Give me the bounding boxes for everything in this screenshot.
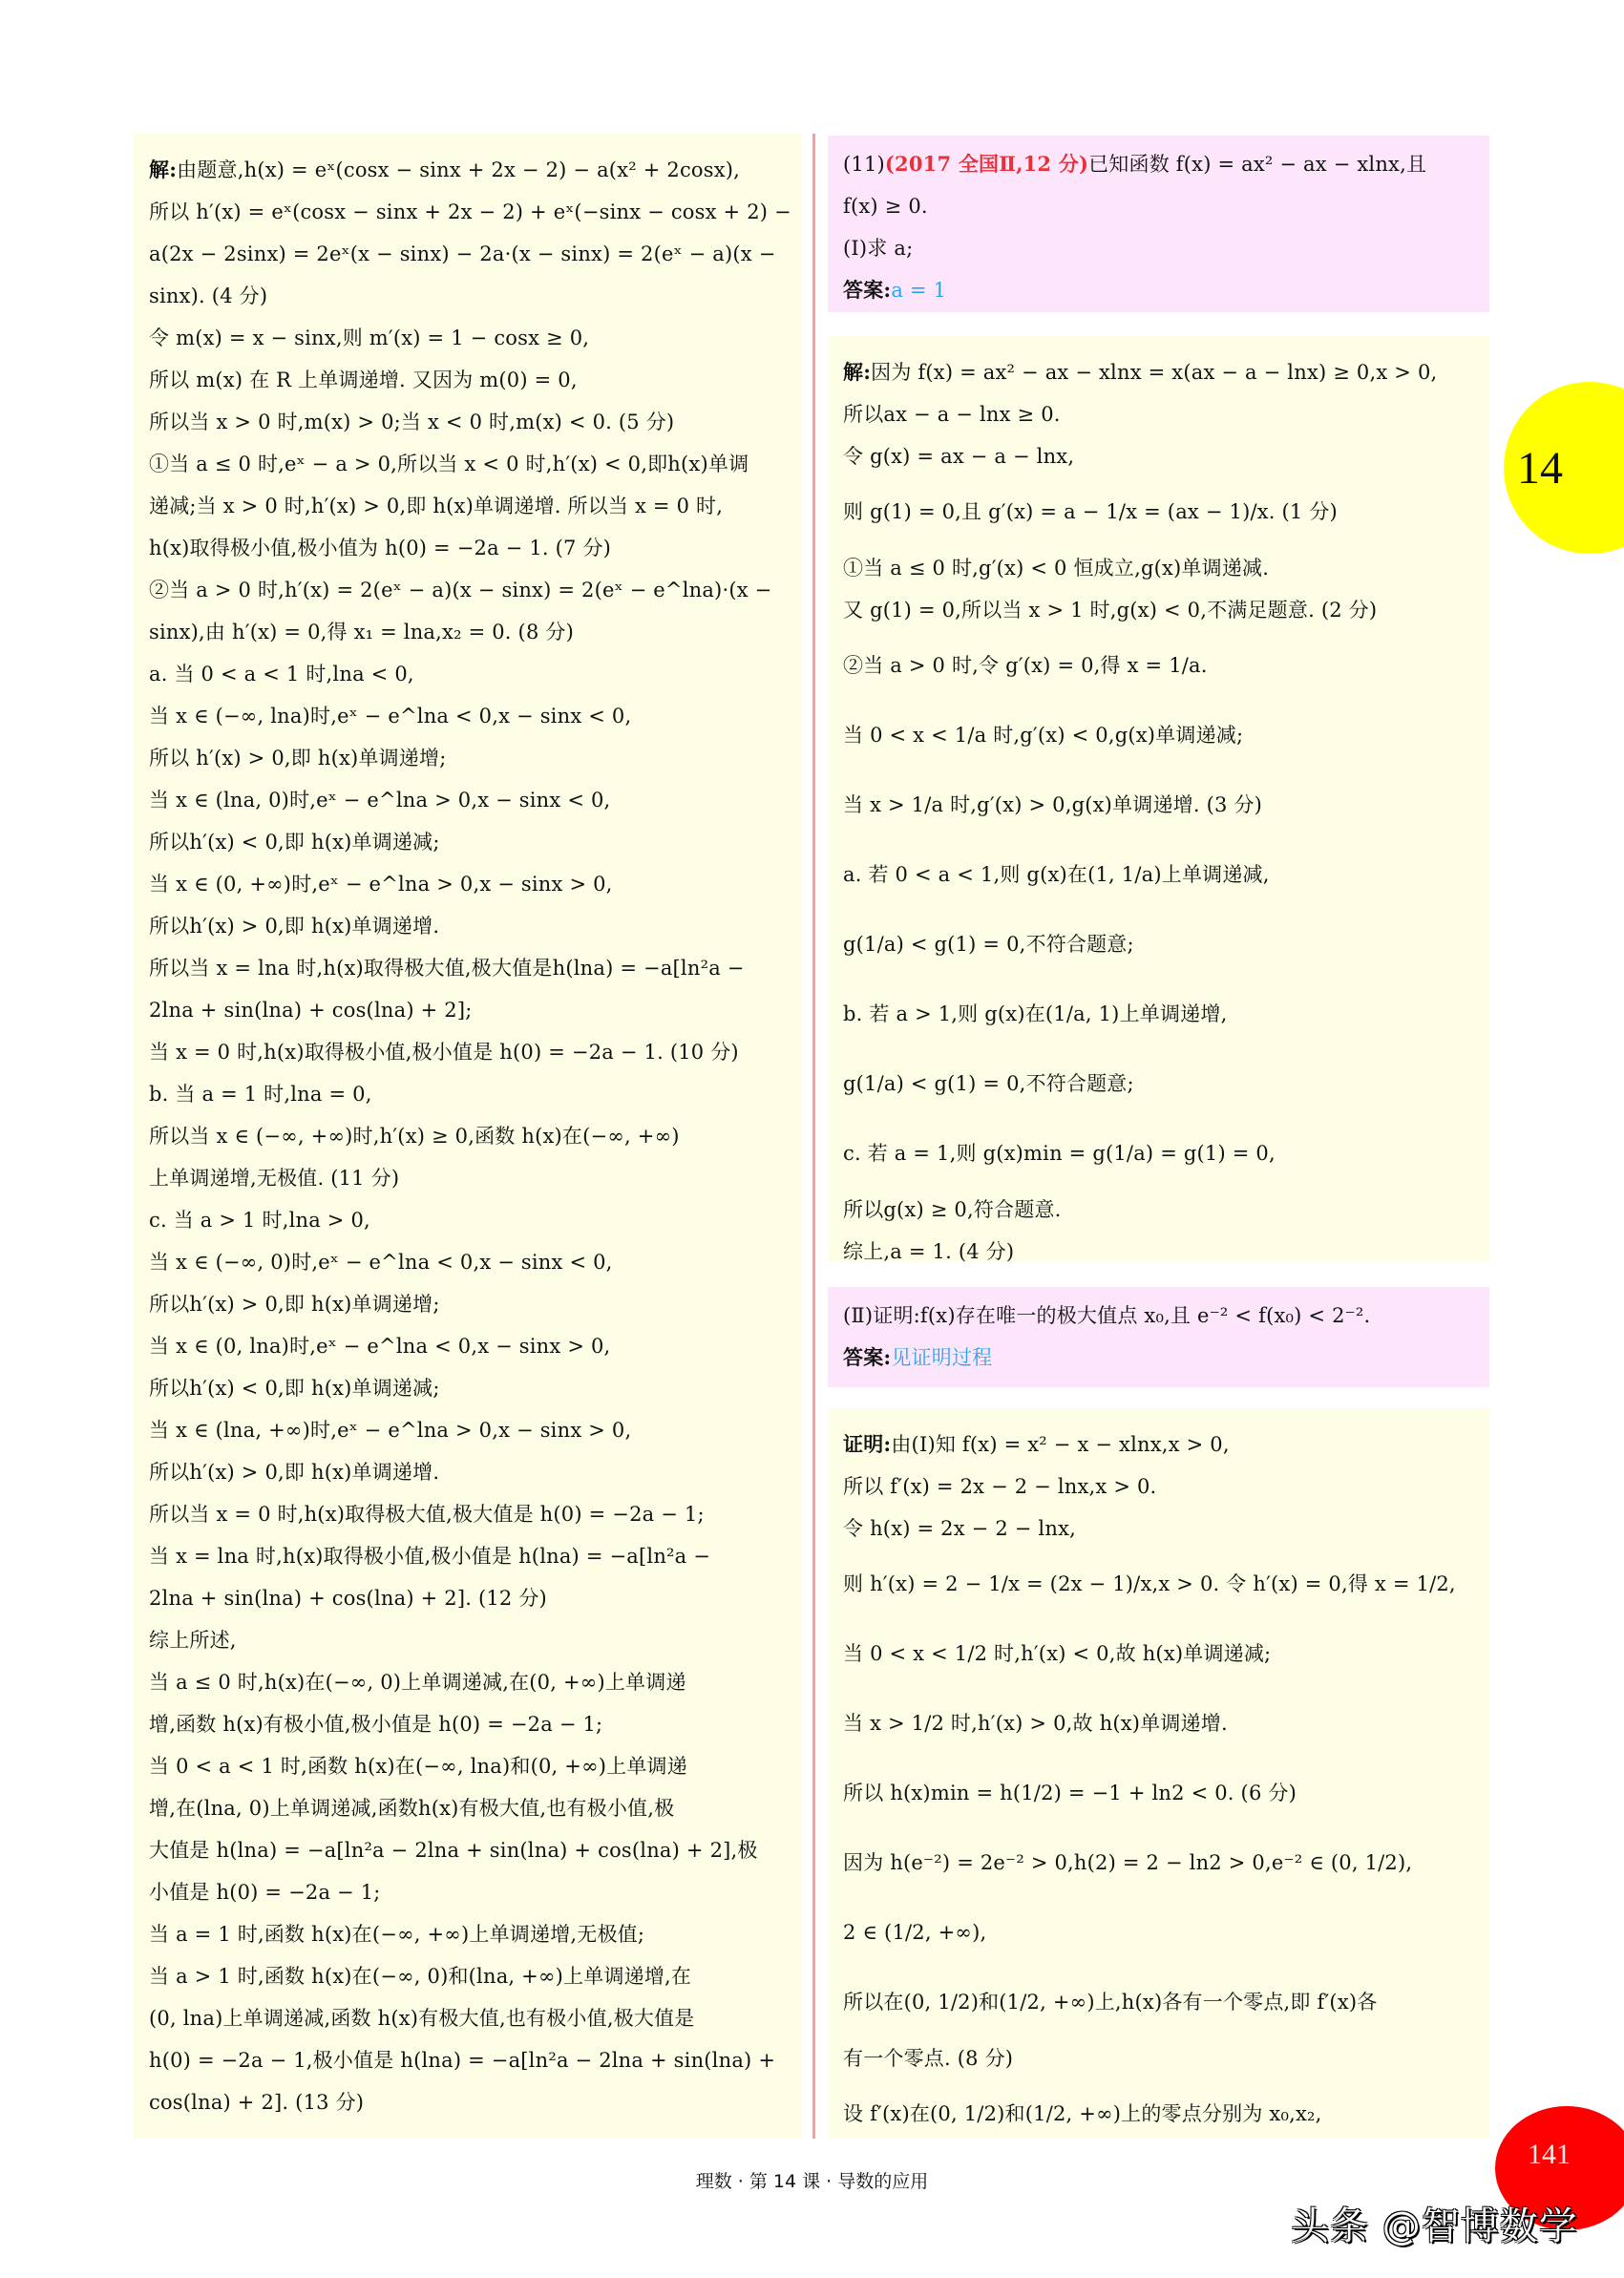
text-line: 所以 h′(x) > 0,即 h(x)单调递增; [149,737,787,779]
part2-solution-panel: 证明:由(Ⅰ)知 f(x) = x² − x − xlnx,x > 0,所以 f… [828,1408,1489,2139]
text-line: h(0) = −2a − 1,极小值是 h(lna) = −a[ln²a − 2… [149,2039,787,2081]
text-line: 所以当 x > 0 时,m(x) > 0;当 x < 0 时,m(x) < 0.… [149,401,787,443]
text-line: 所以g(x) ≥ 0,符合题意. [843,1189,1474,1231]
text-line: 综上所述, [149,1619,787,1661]
text-line: 则 g(1) = 0,且 g′(x) = a − 1/x = (ax − 1)/… [843,477,1474,547]
text-line: c. 当 a > 1 时,lna > 0, [149,1199,787,1241]
solution-label: 证明: [843,1432,891,1456]
text-line: 所以 f′(x) = 2x − 2 − lnx,x > 0. [843,1466,1474,1508]
solution-text: 因为 f(x) = ax² − ax − xlnx = x(ax − a − l… [871,361,1437,384]
part2-solution-lines: 证明:由(Ⅰ)知 f(x) = x² − x − xlnx,x > 0,所以 f… [843,1424,1474,2149]
text-line: 大值是 h(lna) = −a[ln²a − 2lna + sin(lna) +… [149,1829,787,1871]
text-line: 当 x ∈ (lna, +∞)时,eˣ − e^lna > 0,x − sinx… [149,1409,787,1451]
text-line: g(1/a) < g(1) = 0,不符合题意; [843,910,1474,980]
part1-solution-lines: 解:因为 f(x) = ax² − ax − xlnx = x(ax − a −… [843,351,1474,1273]
text-line: ②当 a > 0 时,令 g′(x) = 0,得 x = 1/a. [843,631,1474,701]
question-11-answer: 答案:a = 1 [843,269,1474,311]
text-line: 所以当 x = 0 时,h(x)取得极大值,极大值是 h(0) = −2a − … [149,1493,787,1535]
text-line: g(1/a) < g(1) = 0,不符合题意; [843,1049,1474,1119]
page-number: 141 [1528,2139,1571,2171]
text-line: 递减;当 x > 0 时,h′(x) > 0,即 h(x)单调递增. 所以当 x… [149,485,787,527]
text-line: 综上,a = 1. (4 分) [843,1231,1474,1273]
text-line: 上单调递增,无极值. (11 分) [149,1157,787,1199]
text-line: 解:因为 f(x) = ax² − ax − xlnx = x(ax − a −… [843,351,1474,393]
text-line: 2lna + sin(lna) + cos(lna) + 2]; [149,989,787,1031]
solution-text: 由(Ⅰ)知 f(x) = x² − x − xlnx,x > 0, [891,1433,1229,1456]
question-11-stem-line: (11)(2017 全国Ⅱ,12 分)已知函数 f(x) = ax² − ax … [843,143,1474,185]
text-line: 有一个零点. (8 分) [843,2037,1474,2079]
answer-value: 见证明过程 [891,1346,992,1369]
solution-text: 由题意,h(x) = eˣ(cosx − sinx + 2x − 2) − a(… [177,158,740,181]
text-line: sinx). (4 分) [149,275,787,317]
part2-stem: (Ⅱ)证明:f(x)存在唯一的极大值点 x₀,且 e⁻² < f(x₀) < 2… [843,1295,1474,1337]
text-line: 所以当 x ∈ (−∞, +∞)时,h′(x) ≥ 0,函数 h(x)在(−∞,… [149,1115,787,1157]
text-line: 当 0 < a < 1 时,函数 h(x)在(−∞, lna)和(0, +∞)上… [149,1745,787,1787]
text-line: 所以 h(x)min = h(1/2) = −1 + ln2 < 0. (6 分… [843,1759,1474,1828]
column-divider [812,134,815,2139]
answer-label: 答案: [843,1345,891,1369]
chapter-badge: 14 [1504,382,1624,554]
text-line: 当 x ∈ (0, lna)时,eˣ − e^lna < 0,x − sinx … [149,1325,787,1367]
text-line: 又 g(1) = 0,所以当 x > 1 时,g(x) < 0,不满足题意. (… [843,589,1474,631]
text-line: 所以ax − a − lnx ≥ 0. [843,393,1474,435]
text-line: 当 a ≤ 0 时,h(x)在(−∞, 0)上单调递减,在(0, +∞)上单调递 [149,1661,787,1703]
text-line: c. 若 a = 1,则 g(x)min = g(1/a) = g(1) = 0… [843,1119,1474,1189]
watermark: 头条 @智博数学 [1291,2196,1578,2250]
text-line: 当 x ∈ (0, +∞)时,eˣ − e^lna > 0,x − sinx >… [149,863,787,905]
text-line: 所以在(0, 1/2)和(1/2, +∞)上,h(x)各有一个零点,即 f′(x… [843,1968,1474,2037]
text-line: sinx),由 h′(x) = 0,得 x₁ = lna,x₂ = 0. (8 … [149,611,787,653]
text-line: 当 x = lna 时,h(x)取得极小值,极小值是 h(lna) = −a[l… [149,1535,787,1577]
text-line: h(x)取得极小值,极小值为 h(0) = −2a − 1. (7 分) [149,527,787,569]
text-line: cos(lna) + 2]. (13 分) [149,2081,787,2123]
text-line: 当 x > 1/a 时,g′(x) > 0,g(x)单调递增. (3 分) [843,770,1474,840]
text-line: 证明:由(Ⅰ)知 f(x) = x² − x − xlnx,x > 0, [843,1424,1474,1466]
text-line: a. 当 0 < a < 1 时,lna < 0, [149,653,787,695]
text-line: 因为 h(e⁻²) = 2e⁻² > 0,h(2) = 2 − ln2 > 0,… [843,1828,1474,1898]
text-line: 当 0 < x < 1/2 时,h′(x) < 0,故 h(x)单调递减; [843,1619,1474,1689]
text-line: a(2x − 2sinx) = 2eˣ(x − sinx) − 2a·(x − … [149,233,787,275]
text-line: 2 ∈ (1/2, +∞), [843,1898,1474,1968]
text-line: 所以h′(x) > 0,即 h(x)单调递增. [149,1451,787,1493]
text-line: 增,函数 h(x)有极小值,极小值是 h(0) = −2a − 1; [149,1703,787,1745]
text-line: b. 若 a > 1,则 g(x)在(1/a, 1)上单调递增, [843,980,1474,1049]
question-11-box: (11)(2017 全国Ⅱ,12 分)已知函数 f(x) = ax² − ax … [828,136,1489,312]
text-line: b. 当 a = 1 时,lna = 0, [149,1073,787,1115]
text-line: 小值是 h(0) = −2a − 1; [149,1871,787,1913]
page-footer: 理数 · 第 14 课 · 导数的应用 [0,2167,1624,2193]
answer-value: a = 1 [891,279,946,302]
text-line: a. 若 0 < a < 1,则 g(x)在(1, 1/a)上单调递减, [843,840,1474,910]
left-solution-panel: 解:由题意,h(x) = eˣ(cosx − sinx + 2x − 2) − … [134,134,802,2139]
question-11-part1: (Ⅰ)求 a; [843,227,1474,269]
text-line: 所以h′(x) > 0,即 h(x)单调递增. [149,905,787,947]
text-line: 当 x ∈ (−∞, lna)时,eˣ − e^lna < 0,x − sinx… [149,695,787,737]
answer-label: 答案: [843,278,891,302]
text-line: 所以 m(x) 在 R 上单调递增. 又因为 m(0) = 0, [149,359,787,401]
text-line: 所以h′(x) < 0,即 h(x)单调递减; [149,821,787,863]
part2-answer: 答案:见证明过程 [843,1337,1474,1379]
text-line: 当 0 < x < 1/a 时,g′(x) < 0,g(x)单调递减; [843,701,1474,770]
chapter-number: 14 [1517,442,1563,495]
text-line: 当 x ∈ (lna, 0)时,eˣ − e^lna > 0,x − sinx … [149,779,787,821]
text-line: 所以h′(x) > 0,即 h(x)单调递增; [149,1283,787,1325]
text-line: 当 x = 0 时,h(x)取得极小值,极小值是 h(0) = −2a − 1.… [149,1031,787,1073]
solution-label: 解: [843,360,871,384]
text-line: ①当 a ≤ 0 时,g′(x) < 0 恒成立,g(x)单调递减. [843,547,1474,589]
text-line: 则 h′(x) = 2 − 1/x = (2x − 1)/x,x > 0. 令 … [843,1550,1474,1619]
question-11-stem-cont: f(x) ≥ 0. [843,185,1474,227]
left-solution-lines: 解:由题意,h(x) = eˣ(cosx − sinx + 2x − 2) − … [149,149,787,2123]
question-number: (11) [843,153,885,176]
text-line: 令 g(x) = ax − a − lnx, [843,435,1474,477]
text-line: 所以h′(x) < 0,即 h(x)单调递减; [149,1367,787,1409]
question-source: (2017 全国Ⅱ,12 分) [885,152,1088,176]
part2-question-box: (Ⅱ)证明:f(x)存在唯一的极大值点 x₀,且 e⁻² < f(x₀) < 2… [828,1287,1489,1387]
text-line: ②当 a > 0 时,h′(x) = 2(eˣ − a)(x − sinx) =… [149,569,787,611]
text-line: ①当 a ≤ 0 时,eˣ − a > 0,所以当 x < 0 时,h′(x) … [149,443,787,485]
text-line: 所以 h′(x) = eˣ(cosx − sinx + 2x − 2) + eˣ… [149,191,787,233]
text-line: (0, lna)上单调递减,函数 h(x)有极大值,也有极小值,极大值是 [149,1997,787,2039]
text-line: 2lna + sin(lna) + cos(lna) + 2]. (12 分) [149,1577,787,1619]
text-line: 所以当 x = lna 时,h(x)取得极大值,极大值是h(lna) = −a[… [149,947,787,989]
part1-solution-panel: 解:因为 f(x) = ax² − ax − xlnx = x(ax − a −… [828,336,1489,1262]
text-line: 设 f′(x)在(0, 1/2)和(1/2, +∞)上的零点分别为 x₀,x₂, [843,2079,1474,2149]
text-line: 增,在(lna, 0)上单调递减,函数h(x)有极大值,也有极小值,极 [149,1787,787,1829]
text-line: 当 a > 1 时,函数 h(x)在(−∞, 0)和(lna, +∞)上单调递增… [149,1955,787,1997]
text-line: 解:由题意,h(x) = eˣ(cosx − sinx + 2x − 2) − … [149,149,787,191]
text-line: 当 x ∈ (−∞, 0)时,eˣ − e^lna < 0,x − sinx <… [149,1241,787,1283]
text-line: 当 a = 1 时,函数 h(x)在(−∞, +∞)上单调递增,无极值; [149,1913,787,1955]
text-line: 当 x > 1/2 时,h′(x) > 0,故 h(x)单调递增. [843,1689,1474,1759]
text-line: 令 m(x) = x − sinx,则 m′(x) = 1 − cosx ≥ 0… [149,317,787,359]
question-stem: 已知函数 f(x) = ax² − ax − xlnx,且 [1088,153,1426,176]
text-line: 令 h(x) = 2x − 2 − lnx, [843,1508,1474,1550]
solution-label: 解: [149,158,177,181]
